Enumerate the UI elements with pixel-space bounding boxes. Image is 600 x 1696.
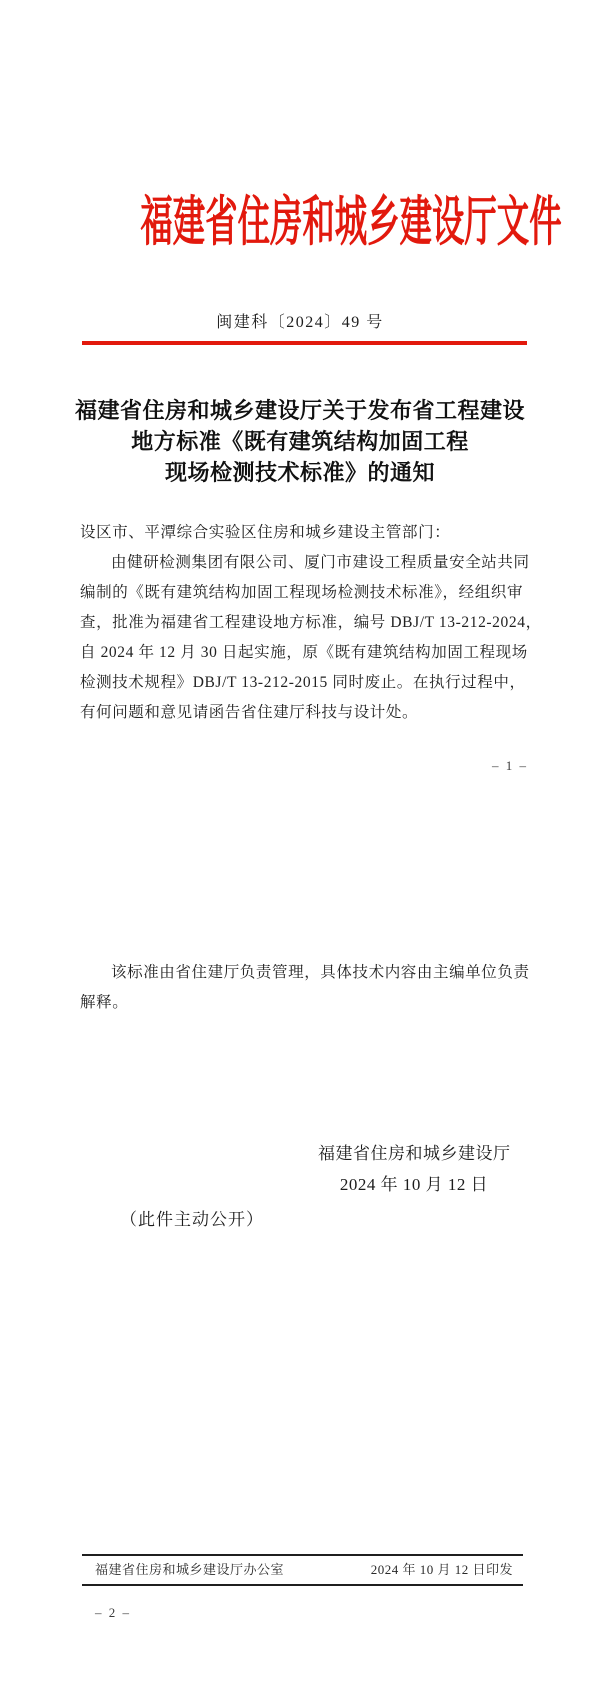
red-header-banner: 福建省住房和城乡建设厅文件 (0, 191, 600, 253)
footer-print-date: 2024 年 10 月 12 日印发 (371, 1561, 513, 1579)
disclosure-note: （此件主动公开） (120, 1205, 264, 1230)
salutation: 设区市、平潭综合实验区住房和城乡建设主管部门： (80, 518, 450, 548)
paragraph-line: 解释。 (80, 988, 532, 1018)
notice-title-line-3: 现场检测技术标准》的通知 (0, 457, 600, 488)
paragraph-line: 查，批准为福建省工程建设地方标准，编号 DBJ/T 13-212-2024， (80, 608, 532, 638)
paragraph-line: 该标准由省住建厅负责管理，具体技术内容由主编单位负责 (80, 958, 532, 988)
footer-colophon: 福建省住房和城乡建设厅办公室 2024 年 10 月 12 日印发 (95, 1561, 513, 1579)
notice-title-line-1: 福建省住房和城乡建设厅关于发布省工程建设 (0, 395, 600, 426)
document-page: 福建省住房和城乡建设厅文件 闽建科〔2024〕49 号 福建省住房和城乡建设厅关… (0, 0, 600, 1696)
page-number-1: – 1 – (492, 757, 528, 775)
paragraph-line: 自 2024 年 12 月 30 日起实施，原《既有建筑结构加固工程现场 (80, 638, 532, 668)
signature-block: 福建省住房和城乡建设厅 2024 年 10 月 12 日 (318, 1138, 510, 1200)
issuing-agency-title: 福建省住房和城乡建设厅文件 (140, 191, 561, 253)
notice-title-line-2: 地方标准《既有建筑结构加固工程 (0, 426, 600, 457)
paragraph-line: 检测技术规程》DBJ/T 13-212-2015 同时废止。在执行过程中， (80, 668, 532, 698)
red-divider-line (82, 341, 527, 345)
notice-title: 福建省住房和城乡建设厅关于发布省工程建设 地方标准《既有建筑结构加固工程 现场检… (0, 395, 600, 488)
paragraph-line: 由健研检测集团有限公司、厦门市建设工程质量安全站共同 (80, 548, 532, 578)
paragraph-line: 有何问题和意见请函告省住建厅科技与设计处。 (80, 698, 532, 728)
main-paragraph: 由健研检测集团有限公司、厦门市建设工程质量安全站共同 编制的《既有建筑结构加固工… (80, 548, 532, 728)
sign-date: 2024 年 10 月 12 日 (318, 1169, 510, 1200)
document-number: 闽建科〔2024〕49 号 (0, 309, 600, 332)
paragraph-line: 编制的《既有建筑结构加固工程现场检测技术标准》，经组织审 (80, 578, 532, 608)
signer-name: 福建省住房和城乡建设厅 (318, 1138, 510, 1169)
footer-rule-bottom (82, 1584, 523, 1586)
page-number-2: – 2 – (95, 1604, 131, 1622)
footer-rule-top (82, 1554, 523, 1556)
footer-office: 福建省住房和城乡建设厅办公室 (95, 1561, 284, 1579)
management-paragraph: 该标准由省住建厅负责管理，具体技术内容由主编单位负责 解释。 (80, 958, 532, 1018)
